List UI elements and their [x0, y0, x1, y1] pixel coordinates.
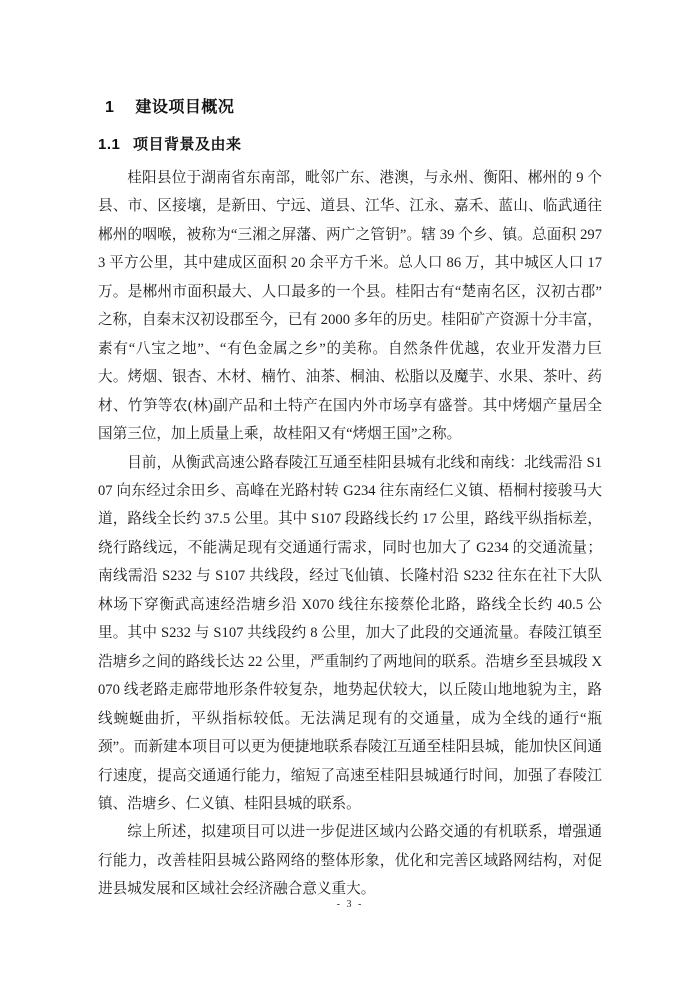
section-title: 建设项目概况	[135, 99, 234, 116]
document-content: 1 建设项目概况 1.1 项目背景及由来 桂阳县位于湖南省东南部，毗邻广东、港澳…	[98, 0, 602, 904]
subsection-title: 项目背景及由来	[133, 136, 242, 153]
page-footer: - 3 -	[0, 899, 700, 910]
page-number: - 3 -	[337, 899, 364, 910]
section-heading: 1 建设项目概况	[98, 0, 602, 119]
paragraph-conclusion: 综上所述，拟建项目可以进一步促进区域内公路交通的有机联系，增强通行能力，改善桂阳…	[98, 818, 602, 903]
paragraph-county-background: 桂阳县位于湖南省东南部，毗邻广东、港澳，与永州、衡阳、郴州的 9 个县、市、区接…	[98, 164, 602, 449]
paragraph-route-conditions: 目前，从衡武高速公路春陵江互通至桂阳县城有北线和南线：北线需沿 S107 向东经…	[98, 449, 602, 819]
subsection-heading: 1.1 项目背景及由来	[98, 134, 602, 155]
section-number: 1	[105, 97, 114, 119]
subsection-number: 1.1	[98, 134, 120, 155]
document-page: 1 建设项目概况 1.1 项目背景及由来 桂阳县位于湖南省东南部，毗邻广东、港澳…	[0, 0, 700, 989]
